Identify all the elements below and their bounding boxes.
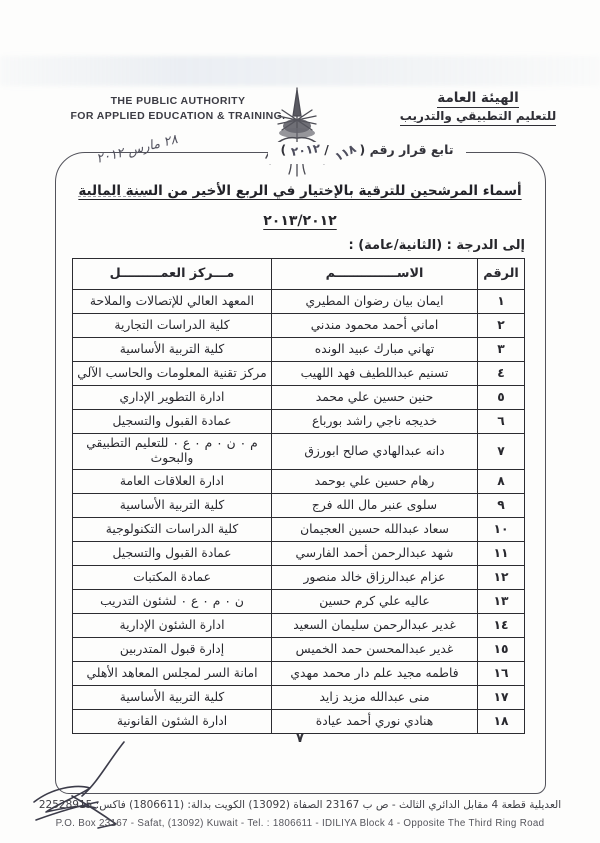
cell-number: ٧ <box>478 434 525 470</box>
cell-name: اماني أحمد محمود مندني <box>272 314 478 338</box>
cell-workplace: م ٠ ن ٠ م ٠ ع ٠ للتعليم التطبيقي والبحوث <box>73 434 272 470</box>
cell-number: ١٠ <box>478 517 525 541</box>
cell-number: ١ <box>478 290 525 314</box>
table-row: ٤تسنيم عبداللطيف فهد اللهيبمركز تقنية ال… <box>73 362 525 386</box>
cell-workplace: ادارة العلاقات العامة <box>73 469 272 493</box>
cell-name: شهد عبدالرحمن أحمد الفارسي <box>272 541 478 565</box>
cell-number: ٨ <box>478 469 525 493</box>
header-name: الاســــــــــــــم <box>272 259 478 290</box>
table-row: ١٣عاليه علي كرم حسينن ٠ م ٠ ع ٠ لشئون ال… <box>73 589 525 613</box>
org-name-ar-line1: الهيئة العامة <box>437 90 518 108</box>
table-row: ١٥غدير عبدالمحسن حمد الخميسإدارة قبول ال… <box>73 637 525 661</box>
cell-workplace: مركز تقنية المعلومات والحاسب الآلي <box>73 362 272 386</box>
cell-name: دانه عبدالهادي صالح ابورزق <box>272 434 478 470</box>
cell-name: خديجه ناجي راشد بورباع <box>272 410 478 434</box>
table-row: ٣تهاني مبارك عبيد الوندهكلية التربية الأ… <box>73 338 525 362</box>
cell-workplace: ادارة التطوير الإداري <box>73 386 272 410</box>
table-row: ١٨هنادي نوري أحمد عيادةادارة الشئون القا… <box>73 709 525 733</box>
cell-number: ١٢ <box>478 565 525 589</box>
cell-name: فاطمه مجيد علم دار محمد مهدي <box>272 661 478 685</box>
table-row: ٩سلوى عنبر مال الله فرجكلية التربية الأس… <box>73 493 525 517</box>
cell-number: ٥ <box>478 386 525 410</box>
cell-number: ٩ <box>478 493 525 517</box>
cell-workplace: عمادة القبول والتسجيل <box>73 541 272 565</box>
table-row: ١٧منى عبدالله مزيد زايدكلية التربية الأس… <box>73 685 525 709</box>
cell-name: غدير عبدالرحمن سليمان السعيد <box>272 613 478 637</box>
cell-name: منى عبدالله مزيد زايد <box>272 685 478 709</box>
cell-name: حنين حسين علي محمد <box>272 386 478 410</box>
table-header-row: الرقم الاســــــــــــــم مـــركز العمــ… <box>73 259 525 290</box>
footer-address-arabic: العديلية قطعة 4 مقابل الدائري الثالث - ص… <box>0 799 600 811</box>
page-number: ٧ <box>150 731 450 746</box>
table-row: ١٠سعاد عبدالله حسين العجيمانكلية الدراسا… <box>73 517 525 541</box>
cell-name: غدير عبدالمحسن حمد الخميس <box>272 637 478 661</box>
cell-workplace: ادارة الشئون القانونية <box>73 709 272 733</box>
scan-bleed-artifact <box>0 56 600 86</box>
table-row: ١ايمان بيان رضوان المطيريالمعهد العالي ل… <box>73 290 525 314</box>
degree-line: إلى الدرجة : (الثانية/عامة) : <box>240 238 525 253</box>
cell-workplace: امانة السر لمجلس المعاهد الأهلي <box>73 661 272 685</box>
cell-number: ١٥ <box>478 637 525 661</box>
cell-number: ٢ <box>478 314 525 338</box>
table-row: ٢اماني أحمد محمود مندنيكلية الدراسات الت… <box>73 314 525 338</box>
cell-name: عزام عبدالرزاق خالد منصور <box>272 565 478 589</box>
decision-suffix: ) <box>280 142 286 157</box>
cell-workplace: كلية الدراسات التجارية <box>73 314 272 338</box>
cell-name: سلوى عنبر مال الله فرج <box>272 493 478 517</box>
cell-number: ١٧ <box>478 685 525 709</box>
cell-number: ٦ <box>478 410 525 434</box>
cell-workplace: كلية التربية الأساسية <box>73 338 272 362</box>
cell-number: ١٤ <box>478 613 525 637</box>
cell-workplace: ن ٠ م ٠ ع ٠ لشئون التدريب <box>73 589 272 613</box>
table-row: ٨رهام حسين علي بوحمدادارة العلاقات العام… <box>73 469 525 493</box>
cell-workplace: المعهد العالي للإتصالات والملاحة <box>73 290 272 314</box>
footer-address-english: P.O. Box 23167 - Safat, (13092) Kuwait -… <box>0 818 600 829</box>
decision-number-handwritten: ١١٨ <box>333 141 359 164</box>
cell-workplace: كلية التربية الأساسية <box>73 493 272 517</box>
decision-separator: / <box>324 142 329 157</box>
cell-workplace: عمادة القبول والتسجيل <box>73 410 272 434</box>
cell-workplace: عمادة المكتبات <box>73 565 272 589</box>
table-row: ٦خديجه ناجي راشد بورباععمادة القبول والت… <box>73 410 525 434</box>
table-row: ١٢عزام عبدالرزاق خالد منصورعمادة المكتبا… <box>73 565 525 589</box>
candidates-table: الرقم الاســــــــــــــم مـــركز العمــ… <box>72 258 525 734</box>
cell-workplace: كلية التربية الأساسية <box>73 685 272 709</box>
table-row: ٧دانه عبدالهادي صالح ابورزقم ٠ ن ٠ م ٠ ع… <box>73 434 525 470</box>
decision-prefix: تابع قرار رقم ( <box>360 142 454 157</box>
cell-number: ٤ <box>478 362 525 386</box>
cell-number: ١٨ <box>478 709 525 733</box>
cell-name: هنادي نوري أحمد عيادة <box>272 709 478 733</box>
table-row: ١٤غدير عبدالرحمن سليمان السعيدادارة الشئ… <box>73 613 525 637</box>
table-row: ١١شهد عبدالرحمن أحمد الفارسيعمادة القبول… <box>73 541 525 565</box>
cell-number: ١١ <box>478 541 525 565</box>
header-number: الرقم <box>478 259 525 290</box>
cell-workplace: ادارة الشئون الإدارية <box>73 613 272 637</box>
cell-workplace: كلية الدراسات التكنولوجية <box>73 517 272 541</box>
cell-number: ١٣ <box>478 589 525 613</box>
decision-reference-line: تابع قرار رقم ( ١١٨ / ٢٠١٢ ) <box>268 142 466 164</box>
table-row: ١٦فاطمه مجيد علم دار محمد مهديامانة السر… <box>73 661 525 685</box>
header-workplace: مـــركز العمـــــــــل <box>73 259 272 290</box>
cell-number: ٣ <box>478 338 525 362</box>
cell-workplace: إدارة قبول المتدربين <box>73 637 272 661</box>
org-name-ar-line2: للتعليم التطبيقي والتدريب <box>400 109 556 125</box>
table-body: ١ايمان بيان رضوان المطيريالمعهد العالي ل… <box>73 290 525 734</box>
cell-name: رهام حسين علي بوحمد <box>272 469 478 493</box>
org-name-arabic: الهيئة العامة للتعليم التطبيقي والتدريب <box>398 90 558 126</box>
cell-name: تسنيم عبداللطيف فهد اللهيب <box>272 362 478 386</box>
decision-year-handwritten: ٢٠١٢ <box>290 141 321 159</box>
table-row: ٥حنين حسين علي محمدادارة التطوير الإداري <box>73 386 525 410</box>
fiscal-year: ٢٠١٣/٢٠١٢ <box>150 213 450 229</box>
cell-name: سعاد عبدالله حسين العجيمان <box>272 517 478 541</box>
correction-dashes-artifact <box>78 196 146 197</box>
cell-name: تهاني مبارك عبيد الونده <box>272 338 478 362</box>
cell-name: عاليه علي كرم حسين <box>272 589 478 613</box>
cell-name: ايمان بيان رضوان المطيري <box>272 290 478 314</box>
cell-number: ١٦ <box>478 661 525 685</box>
